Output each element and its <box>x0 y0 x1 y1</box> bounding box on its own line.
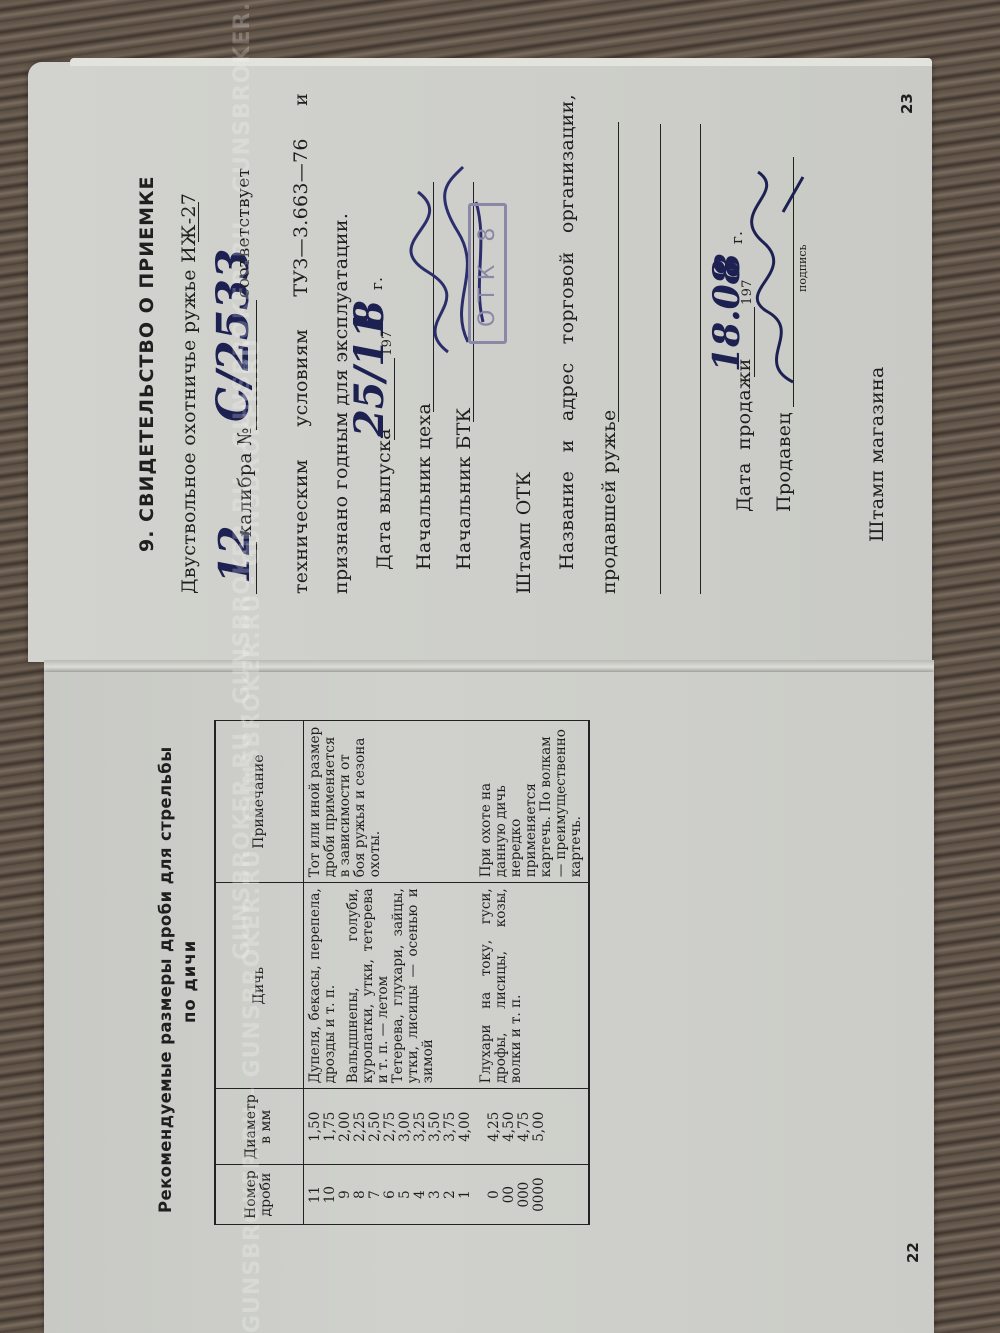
blank-line <box>198 202 199 242</box>
sale-year-handwritten: 8 <box>708 253 748 277</box>
table-row: 0 00 000 0000 4,25 4,50 4,75 5,00 Глухар… <box>477 721 589 1225</box>
org-blank-1 <box>618 122 619 422</box>
game-cell: Глухари на току, гуси, дрофы, лисицы, ко… <box>477 883 589 1089</box>
seller-label: Продавец <box>773 412 795 512</box>
tech-conditions-line: техническим условиям ТУЗ—3.663—76 и <box>290 93 312 594</box>
release-date-blank <box>394 358 395 440</box>
otk-stamp-label: Штамп ОТК <box>513 471 535 594</box>
release-date-label: Дата выпуска <box>373 428 395 570</box>
game-cell: Тетерева, глухари, зайцы, утки, лисицы —… <box>391 888 436 1083</box>
watermark-strip-bottom: GUNSBROKER.RU - GUNSBROKER.RU - GUNSBROK… <box>150 0 190 1333</box>
shot-size-table: Номер дроби Диаметр в мм Дичь Примечание… <box>214 720 590 1225</box>
note-cell: При охоте на данную дичь нередко применя… <box>477 721 589 883</box>
shop-stamp-label: Штамп магазина <box>866 366 888 542</box>
game-cell: Вальдшнепы, голуби, куропатки, утки, тет… <box>346 888 391 1083</box>
seller-signature-icon <box>748 162 808 392</box>
org-line-2: продавшей ружье <box>598 409 620 594</box>
table-row: 11 10 9 8 7 6 5 4 3 2 1 1,50 1,75 2,00 2… <box>303 721 477 1225</box>
org-blank-2 <box>660 124 661 594</box>
otk-stamp: ОТК 8 <box>468 203 507 344</box>
release-year-handwritten: 8 <box>346 300 393 328</box>
note-cell: Тот или иной размер дроби применяется в … <box>303 721 477 883</box>
year-suffix: г. <box>368 277 386 290</box>
org-line-1: Название и адрес торговой организации, <box>556 94 578 570</box>
org-blank-3 <box>700 124 701 594</box>
game-cell: Дупеля, бекасы, перепела, дрозды и т. п. <box>308 888 338 1083</box>
page-number-22: 22 <box>904 1242 922 1263</box>
shop-head-label: Начальник цеха <box>413 403 435 570</box>
sale-year-suffix: г. <box>728 231 746 244</box>
btk-head-label: Начальник БТК <box>453 407 475 570</box>
watermark-strip-top: GUNSBROKER.RU - GUNSBROKER.RU - GUNSBROK… <box>250 0 290 660</box>
page-number-23: 23 <box>898 93 916 114</box>
